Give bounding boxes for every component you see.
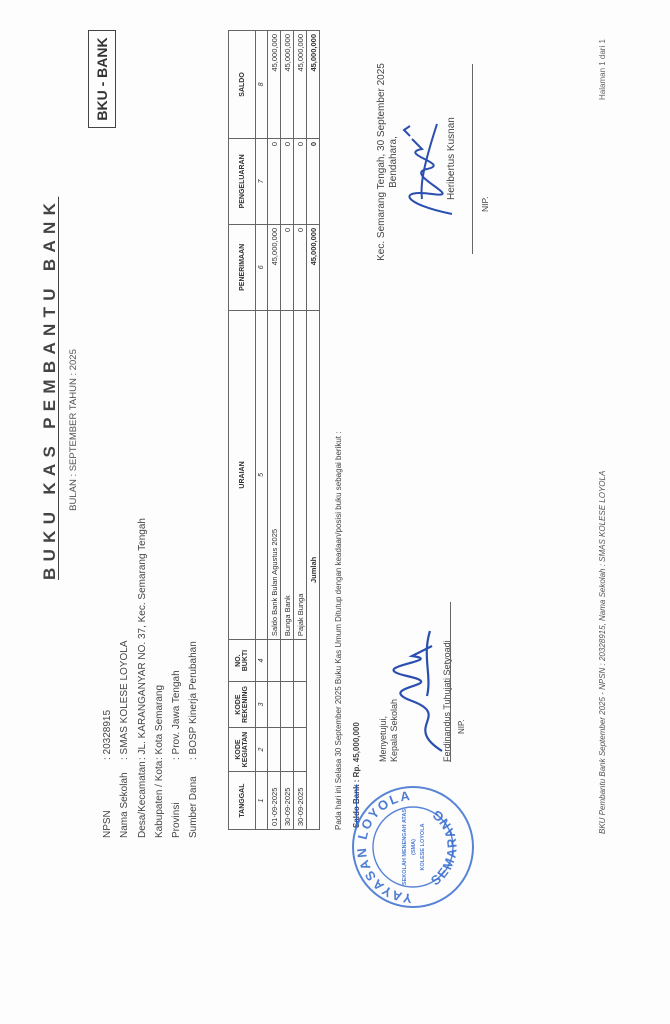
- bendahara-signature-icon: [392, 114, 462, 224]
- cell-tanggal: 30-09-2025: [294, 772, 307, 830]
- bendahara-nip: NIP.: [479, 197, 491, 212]
- cell-pengeluaran: 0: [281, 138, 294, 224]
- approval-label: Menyetujui,: [378, 699, 389, 762]
- svg-text:(SMA): (SMA): [411, 839, 417, 855]
- cell-uraian: Pajak Bunga: [294, 310, 307, 639]
- cell-pengeluaran: 0: [268, 138, 281, 224]
- cell-pengeluaran: 0: [294, 138, 307, 224]
- cell-kode-rekening: [281, 682, 294, 728]
- place-date: Kec. Semarang Tengah, 30 September 2025: [376, 52, 388, 272]
- cell-no-bukti: [294, 640, 307, 682]
- cell-saldo: 45,000,000: [294, 31, 307, 139]
- cell-penerimaan: 45,000,000: [268, 224, 281, 310]
- document-subtitle: BULAN : SEPTEMBER TAHUN : 2025: [68, 280, 79, 580]
- cell-kode-kegiatan: [294, 728, 307, 772]
- info-row-desa: Desa/Kecamatan: JL. KARANGANYAR NO. 37, …: [134, 518, 151, 838]
- total-pengeluaran: 0: [307, 138, 320, 224]
- total-penerimaan: 45,000,000: [307, 224, 320, 310]
- info-label: NPSN: [99, 760, 116, 838]
- cell-kode-rekening: [268, 682, 281, 728]
- info-value: : Prov. Jawa Tengah: [168, 670, 185, 760]
- page-number: Halaman 1 dari 1: [598, 39, 607, 100]
- col-header-tanggal: TANGGAL: [229, 772, 256, 830]
- col-number: 5: [256, 310, 268, 639]
- info-label: Nama Sekolah: [116, 760, 133, 838]
- cell-saldo: 45,000,000: [268, 31, 281, 139]
- cell-no-bukti: [268, 640, 281, 682]
- document-page: BUKU KAS PEMBANTU BANK BULAN : SEPTEMBER…: [0, 0, 670, 1024]
- table-row: 30-09-2025 Pajak Bunga 0 0 45,000,000: [294, 31, 307, 830]
- col-header-pengeluaran: PENGELUARAN: [229, 138, 256, 224]
- svg-text:SEKOLAH MENENGAH ATAS: SEKOLAH MENENGAH ATAS: [402, 809, 408, 885]
- col-header-kode-rekening: KODE REKENING: [229, 682, 256, 728]
- bendahara-signature-line: [472, 64, 473, 254]
- total-label: Jumlah: [307, 310, 320, 829]
- cell-kode-kegiatan: [268, 728, 281, 772]
- kepala-signature-icon: [392, 626, 462, 756]
- info-value: : Kota Semarang: [151, 685, 168, 760]
- svg-text:KOLESE LOYOLA: KOLESE LOYOLA: [420, 823, 426, 870]
- table-row: 30-09-2025 Bunga Bank 0 0 45,000,000: [281, 31, 294, 830]
- cell-no-bukti: [281, 640, 294, 682]
- table-row: 01-09-2025 Saldo Bank Bulan Agustus 2025…: [268, 31, 281, 830]
- bku-table: TANGGAL KODE KEGIATAN KODE REKENING NO. …: [228, 30, 320, 830]
- closing-note: Pada hari ini Selasa 30 September 2025 B…: [334, 432, 343, 830]
- col-number: 6: [256, 224, 268, 310]
- col-header-penerimaan: PENERIMAAN: [229, 224, 256, 310]
- info-value: : 20328915: [99, 710, 116, 760]
- col-header-uraian: URAIAN: [229, 310, 256, 639]
- table-header-row: TANGGAL KODE KEGIATAN KODE REKENING NO. …: [229, 31, 256, 830]
- info-value: : BOSP Kinerja Perubahan: [185, 641, 202, 760]
- info-label: Kabupaten / Kota: [151, 760, 168, 838]
- school-info: NPSN: 20328915 Nama Sekolah: SMAS KOLESE…: [99, 518, 203, 838]
- info-value: : SMAS KOLESE LOYOLA: [116, 641, 133, 761]
- cell-kode-kegiatan: [281, 728, 294, 772]
- col-number: 2: [256, 728, 268, 772]
- saldo-value: : Rp. 45,000,000: [352, 722, 361, 784]
- bku-badge: BKU - BANK: [88, 30, 116, 128]
- cell-penerimaan: 0: [294, 224, 307, 310]
- column-number-row: 1 2 3 4 5 6 7 8: [256, 31, 268, 830]
- info-label: Sumber Dana: [185, 760, 202, 838]
- col-number: 3: [256, 682, 268, 728]
- info-row-kabupaten: Kabupaten / Kota: Kota Semarang: [151, 518, 168, 838]
- col-header-kode-kegiatan: KODE KEGIATAN: [229, 728, 256, 772]
- info-row-nama-sekolah: Nama Sekolah: SMAS KOLESE LOYOLA: [116, 518, 133, 838]
- yayasan-stamp-icon: YAYASAN LOYOLA SEMARANG SEKOLAH MENENGAH…: [348, 782, 478, 912]
- cell-tanggal: 01-09-2025: [268, 772, 281, 830]
- cell-uraian: Saldo Bank Bulan Agustus 2025: [268, 310, 281, 639]
- cell-kode-rekening: [294, 682, 307, 728]
- info-row-sumber-dana: Sumber Dana: BOSP Kinerja Perubahan: [185, 518, 202, 838]
- cell-saldo: 45,000,000: [281, 31, 294, 139]
- info-row-provinsi: Provinsi: Prov. Jawa Tengah: [168, 518, 185, 838]
- col-number: 8: [256, 31, 268, 139]
- cell-tanggal: 30-09-2025: [281, 772, 294, 830]
- col-number: 7: [256, 138, 268, 224]
- info-row-npsn: NPSN: 20328915: [99, 518, 116, 838]
- cell-uraian: Bunga Bank: [281, 310, 294, 639]
- col-header-no-bukti: NO. BUKTI: [229, 640, 256, 682]
- col-number: 1: [256, 772, 268, 830]
- info-label: Provinsi: [168, 760, 185, 838]
- svg-text:SEMARANG: SEMARANG: [428, 806, 460, 889]
- total-saldo: 45,000,000: [307, 31, 320, 139]
- info-value: : JL. KARANGANYAR NO. 37, Kec. Semarang …: [134, 518, 151, 760]
- document-title: BUKU KAS PEMBANTU BANK: [40, 280, 60, 580]
- col-header-saldo: SALDO: [229, 31, 256, 139]
- footer-text: BKU Pembantu Bank September 2025 - NPSN …: [598, 471, 607, 834]
- col-number: 4: [256, 640, 268, 682]
- info-label: Desa/Kecamatan: [134, 760, 151, 838]
- table-total-row: Jumlah 45,000,000 0 45,000,000: [307, 31, 320, 830]
- cell-penerimaan: 0: [281, 224, 294, 310]
